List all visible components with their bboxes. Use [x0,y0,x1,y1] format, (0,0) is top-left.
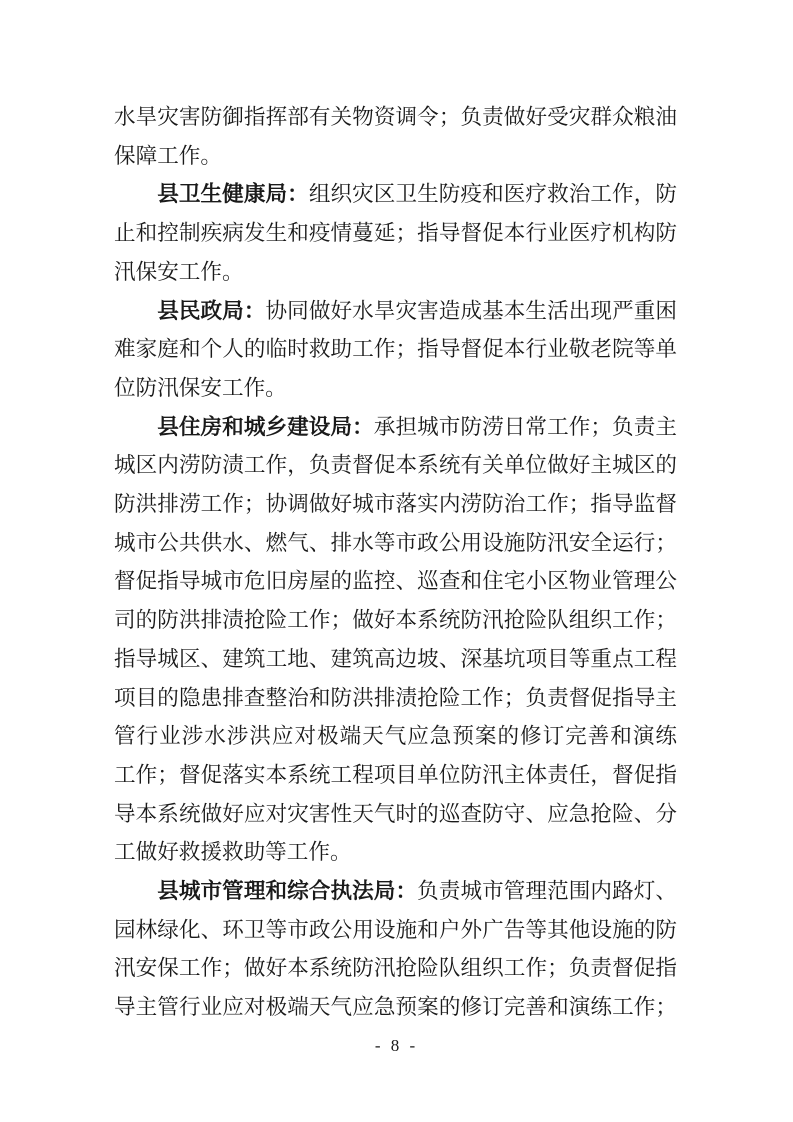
text-line: 项目的隐患排查整治和防洪排渍抢险工作；负责督促指导主 [114,679,677,718]
text-line: 水旱灾害防御指挥部有关物资调令；负责做好受灾群众粮油 [114,98,677,137]
document-body: 水旱灾害防御指挥部有关物资调令；负责做好受灾群众粮油 保障工作。 县卫生健康局：… [114,98,677,1027]
text-line: 难家庭和个人的临时救助工作；指导督促本行业敬老院等单 [114,330,677,369]
text-run: 组织灾区卫生防疫和医疗救治工作，防 [309,182,677,206]
text-line: 城市公共供水、燃气、排水等市政公用设施防汛安全运行； [114,524,677,563]
department-heading: 县城市管理和综合执法局： [157,879,417,903]
text-line: 工做好救援救助等工作。 [114,833,677,872]
paragraph-civil-affairs-bureau: 县民政局：协同做好水旱灾害造成基本生活出现严重困 难家庭和个人的临时救助工作；指… [114,292,677,408]
text-line: 导本系统做好应对灾害性天气时的巡查防守、应急抢险、分 [114,795,677,834]
text-line: 汛安保工作；做好本系统防汛抢险队组织工作；负责督促指 [114,949,677,988]
text-line: 县城市管理和综合执法局：负责城市管理范围内路灯、 [114,872,677,911]
text-line: 止和控制疾病发生和疫情蔓延；指导督促本行业医疗机构防 [114,214,677,253]
text-run: 承担城市防涝日常工作；负责主 [374,415,677,439]
department-heading: 县卫生健康局： [157,182,309,206]
paragraph-housing-construction-bureau: 县住房和城乡建设局：承担城市防涝日常工作；负责主 城区内涝防渍工作，负责督促本系… [114,408,677,872]
text-line: 县民政局：协同做好水旱灾害造成基本生活出现严重困 [114,292,677,331]
text-line: 县卫生健康局：组织灾区卫生防疫和医疗救治工作，防 [114,175,677,214]
text-line: 城区内涝防渍工作，负责督促本系统有关单位做好主城区的 [114,446,677,485]
text-line: 位防汛保安工作。 [114,369,677,408]
text-line: 保障工作。 [114,137,677,176]
department-heading: 县民政局： [157,299,265,323]
text-line: 司的防洪排渍抢险工作；做好本系统防汛抢险队组织工作； [114,601,677,640]
text-run: 协同做好水旱灾害造成基本生活出现严重困 [266,299,677,323]
department-heading: 县住房和城乡建设局： [157,415,374,439]
page-number: - 8 - [0,1033,793,1059]
text-line: 汛保安工作。 [114,253,677,292]
text-line: 园林绿化、环卫等市政公用设施和户外广告等其他设施的防 [114,911,677,950]
text-line: 管行业涉水涉洪应对极端天气应急预案的修订完善和演练 [114,717,677,756]
text-line: 导主管行业应对极端天气应急预案的修订完善和演练工作； [114,988,677,1027]
text-line: 指导城区、建筑工地、建筑高边坡、深基坑项目等重点工程 [114,640,677,679]
text-line: 县住房和城乡建设局：承担城市防涝日常工作；负责主 [114,408,677,447]
text-line: 督促指导城市危旧房屋的监控、巡查和住宅小区物业管理公 [114,562,677,601]
paragraph-health-bureau: 县卫生健康局：组织灾区卫生防疫和医疗救治工作，防 止和控制疾病发生和疫情蔓延；指… [114,175,677,291]
paragraph-continuation: 水旱灾害防御指挥部有关物资调令；负责做好受灾群众粮油 保障工作。 [114,98,677,175]
text-line: 工作；督促落实本系统工程项目单位防汛主体责任，督促指 [114,756,677,795]
text-line: 防洪排涝工作；协调做好城市落实内涝防治工作；指导监督 [114,485,677,524]
paragraph-urban-management-bureau: 县城市管理和综合执法局：负责城市管理范围内路灯、 园林绿化、环卫等市政公用设施和… [114,872,677,1027]
text-run: 负责城市管理范围内路灯、 [417,879,677,903]
document-page: 水旱灾害防御指挥部有关物资调令；负责做好受灾群众粮油 保障工作。 县卫生健康局：… [0,0,793,1122]
